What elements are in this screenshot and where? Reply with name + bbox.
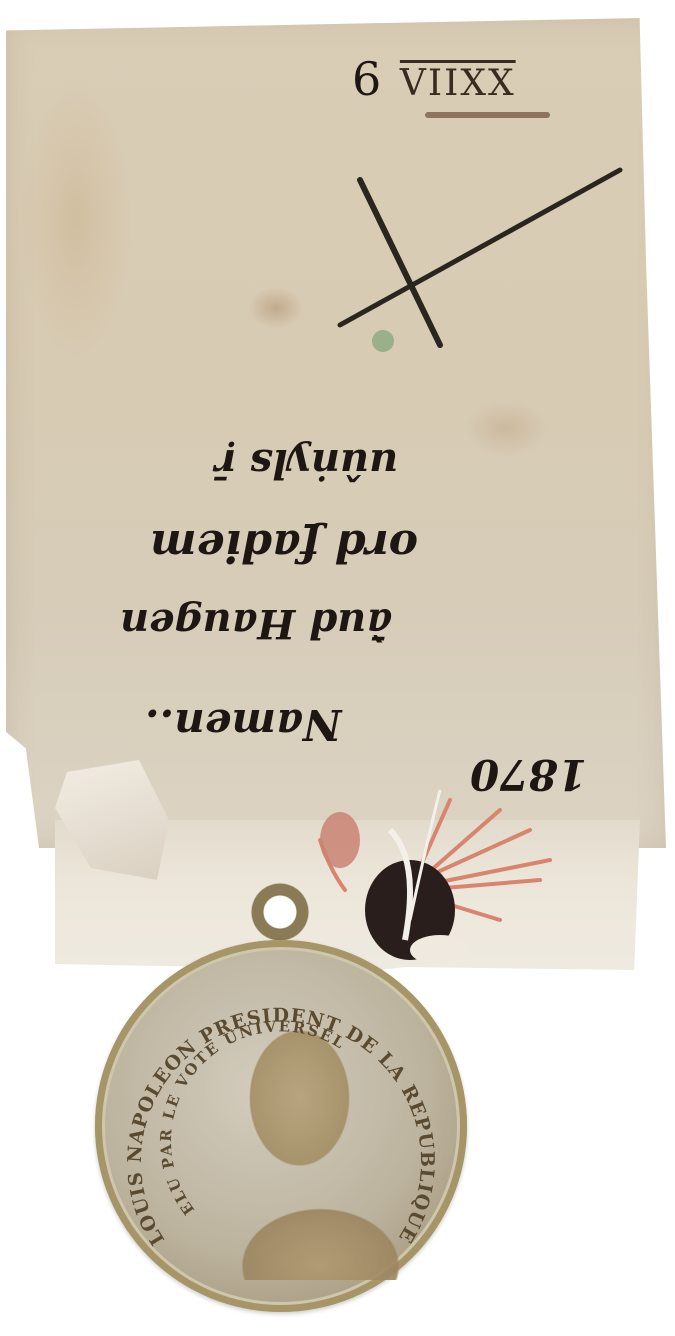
top-mark-number: 6	[352, 52, 383, 106]
handwriting-line-1: uûṅyls ṝ	[215, 440, 398, 487]
handwriting-line-2: ord ƒ̱adiem	[150, 520, 418, 571]
green-stain	[372, 330, 394, 352]
medal-legend: LOUIS NAPOLEON PRESIDENT DE LA REPUBLIQU…	[95, 940, 467, 1312]
medal: LOUIS NAPOLEON PRESIDENT DE LA REPUBLIQU…	[95, 880, 475, 1330]
handwriting-line-4: Namen..	[145, 700, 342, 749]
top-mark: 6 VIIXX	[352, 52, 516, 106]
svg-text:LOUIS NAPOLEON PRESIDENT DE LA: LOUIS NAPOLEON PRESIDENT DE LA REPUBLIQU…	[95, 940, 438, 1249]
top-mark-roman: VIIXX	[400, 63, 516, 104]
medal-outer-legend: LOUIS NAPOLEON PRESIDENT DE LA REPUBLIQU…	[95, 940, 438, 1249]
handwriting-line-3: ā̀ud Haugen	[120, 600, 392, 647]
top-mark-underline	[425, 112, 550, 118]
photo-stage: 6 VIIXX uûṅyls ṝ ord ƒ̱adiem ā̀ud Hauge…	[0, 0, 675, 1336]
medal-face: LOUIS NAPOLEON PRESIDENT DE LA REPUBLIQU…	[95, 940, 467, 1312]
